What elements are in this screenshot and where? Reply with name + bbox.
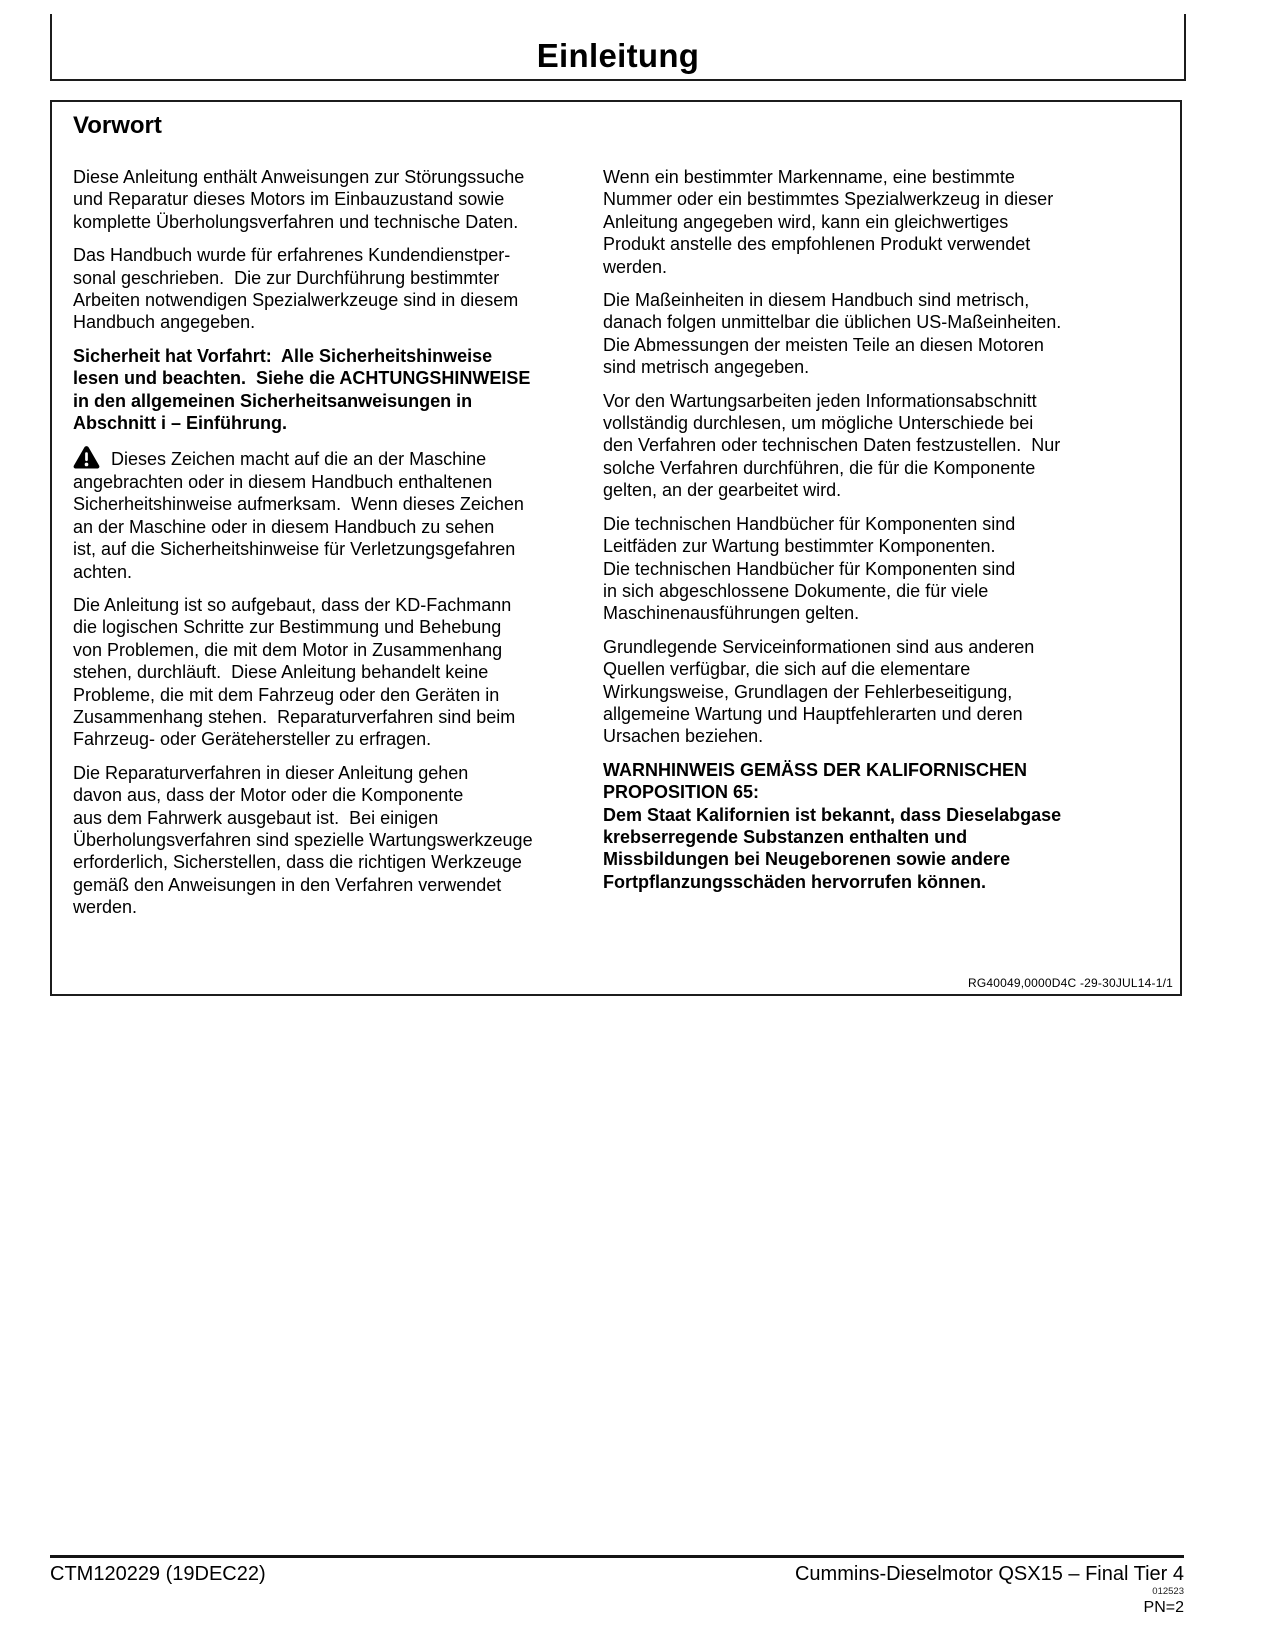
two-column-text: Diese Anleitung enthält Anweisungen zur …	[73, 166, 1166, 930]
revision-code: RG40049,0000D4C -29-30JUL14-1/1	[968, 976, 1173, 990]
paragraph: Die Maßeinheiten in diesem Handbuch sind…	[603, 289, 1151, 379]
safety-alert-icon	[73, 445, 100, 469]
right-column: Wenn ein bestimmter Markenname, eine bes…	[603, 166, 1151, 904]
proposition65-warning-paragraph: WARNHINWEIS GEMÄSS DER KALIFORNISCHEN PR…	[603, 759, 1151, 893]
footer-print-code: 012523	[50, 1586, 1184, 1597]
safety-symbol-paragraph: Dieses Zeichen macht auf die an der Masc…	[73, 445, 589, 582]
paragraph: Das Handbuch wurde für erfahrenes Kunden…	[73, 244, 589, 334]
paragraph: Diese Anleitung enthält Anweisungen zur …	[73, 166, 589, 233]
paragraph: Die Anleitung ist so aufgebaut, dass der…	[73, 594, 589, 751]
footer-page-number: PN=2	[50, 1599, 1184, 1617]
paragraph: Grundlegende Serviceinformationen sind a…	[603, 636, 1151, 748]
page-header-frame: Einleitung	[50, 14, 1186, 81]
page-title: Einleitung	[537, 37, 700, 75]
left-column: Diese Anleitung enthält Anweisungen zur …	[73, 166, 589, 930]
foreword-section-box: Vorwort Diese Anleitung enthält Anweisun…	[50, 100, 1182, 996]
paragraph: Wenn ein bestimmter Markenname, eine bes…	[603, 166, 1151, 278]
section-heading: Vorwort	[73, 112, 162, 140]
paragraph: Die Reparaturverfahren in dieser Anleitu…	[73, 762, 589, 919]
manual-page: Einleitung Vorwort Diese Anleitung enthä…	[0, 0, 1275, 1650]
safety-priority-paragraph: Sicherheit hat Vorfahrt: Alle Sicherheit…	[73, 345, 589, 435]
footer-engine-model: Cummins-Dieselmotor QSX15 – Final Tier 4	[50, 1563, 1184, 1586]
footer-divider	[50, 1555, 1184, 1558]
paragraph-text: Dieses Zeichen macht auf die an der Masc…	[73, 449, 524, 581]
paragraph: Die technischen Handbücher für Komponent…	[603, 513, 1151, 625]
paragraph: Vor den Wartungsarbeiten jeden Informati…	[603, 390, 1151, 502]
